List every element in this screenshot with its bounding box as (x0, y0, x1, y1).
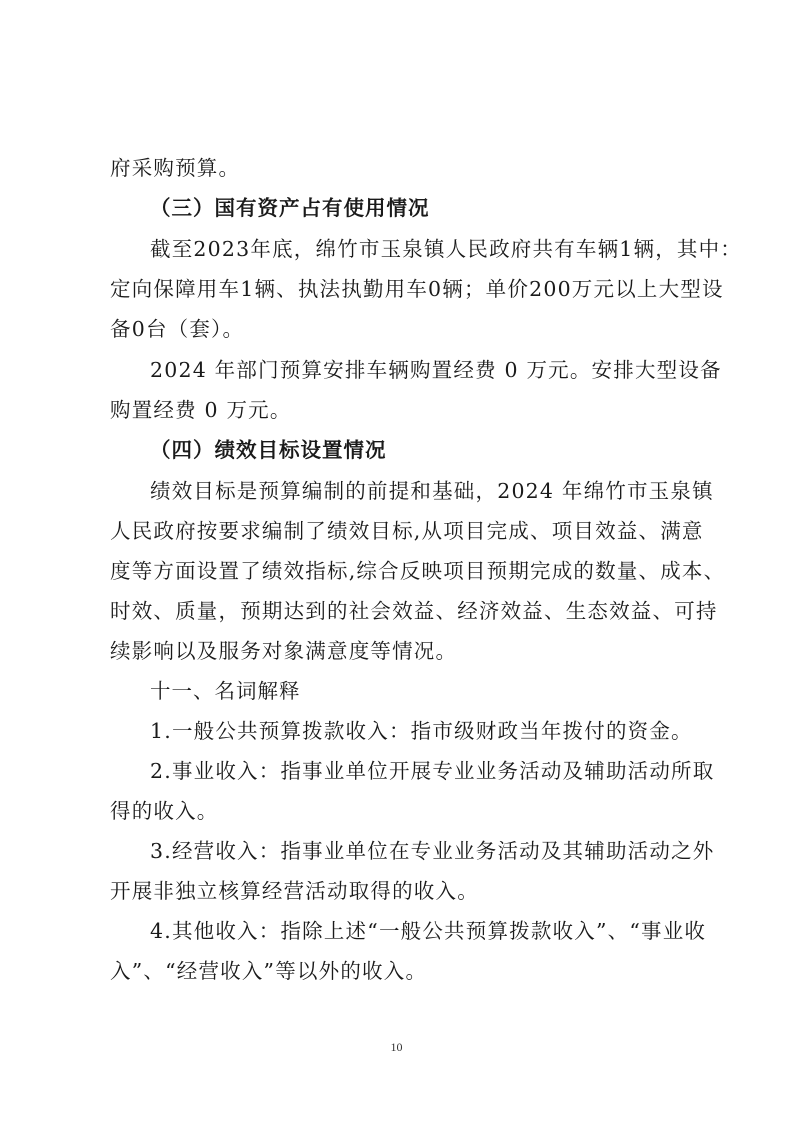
paragraph-line: 人民政府按要求编制了绩效目标,从项目完成、项目效益、满意 (110, 518, 704, 544)
paragraph-line: 续影响以及服务对象满意度等情况。 (110, 638, 457, 664)
section-heading-assets: （三）国有资产占有使用情况 (150, 195, 430, 221)
paragraph-line: 购置经费 0 万元。 (110, 397, 292, 423)
glossary-item: 1.一般公共预算拨款收入：指市级财政当年拨付的资金。 (150, 718, 693, 744)
glossary-item: 4.其他收入：指除上述“一般公共预算拨款收入”、“事业收 (150, 918, 706, 944)
paragraph-line: 2024 年部门预算安排车辆购置经费 0 万元。安排大型设备 (150, 357, 722, 383)
paragraph-line: 入”、“经营收入”等以外的收入。 (110, 958, 427, 984)
paragraph-line: 府采购预算。 (110, 155, 240, 181)
paragraph-line: 时效、质量，预期达到的社会效益、经济效益、生态效益、可持 (110, 598, 718, 624)
paragraph-line: 截至2023年底，绵竹市玉泉镇人民政府共有车辆1辆，其中： (150, 236, 742, 262)
glossary-item: 3.经营收入：指事业单位在专业业务活动及其辅助活动之外 (150, 838, 714, 864)
paragraph-line: 度等方面设置了绩效指标,综合反映项目预期完成的数量、成本、 (110, 558, 725, 584)
section-heading-glossary: 十一、名词解释 (150, 678, 301, 704)
page-number: 10 (0, 1040, 793, 1055)
paragraph-line: 得的收入。 (110, 798, 219, 824)
paragraph-line: 开展非独立核算经营活动取得的收入。 (110, 878, 479, 904)
section-heading-performance: （四）绩效目标设置情况 (150, 437, 387, 463)
glossary-item: 2.事业收入：指事业单位开展专业业务活动及辅助活动所取 (150, 758, 714, 784)
paragraph-line: 定向保障用车1辆、执法执勤用车0辆；单价200万元以上大型设 (110, 276, 724, 302)
paragraph-line: 备0台（套）。 (110, 316, 244, 342)
paragraph-line: 绩效目标是预算编制的前提和基础，2024 年绵竹市玉泉镇 (150, 478, 714, 504)
